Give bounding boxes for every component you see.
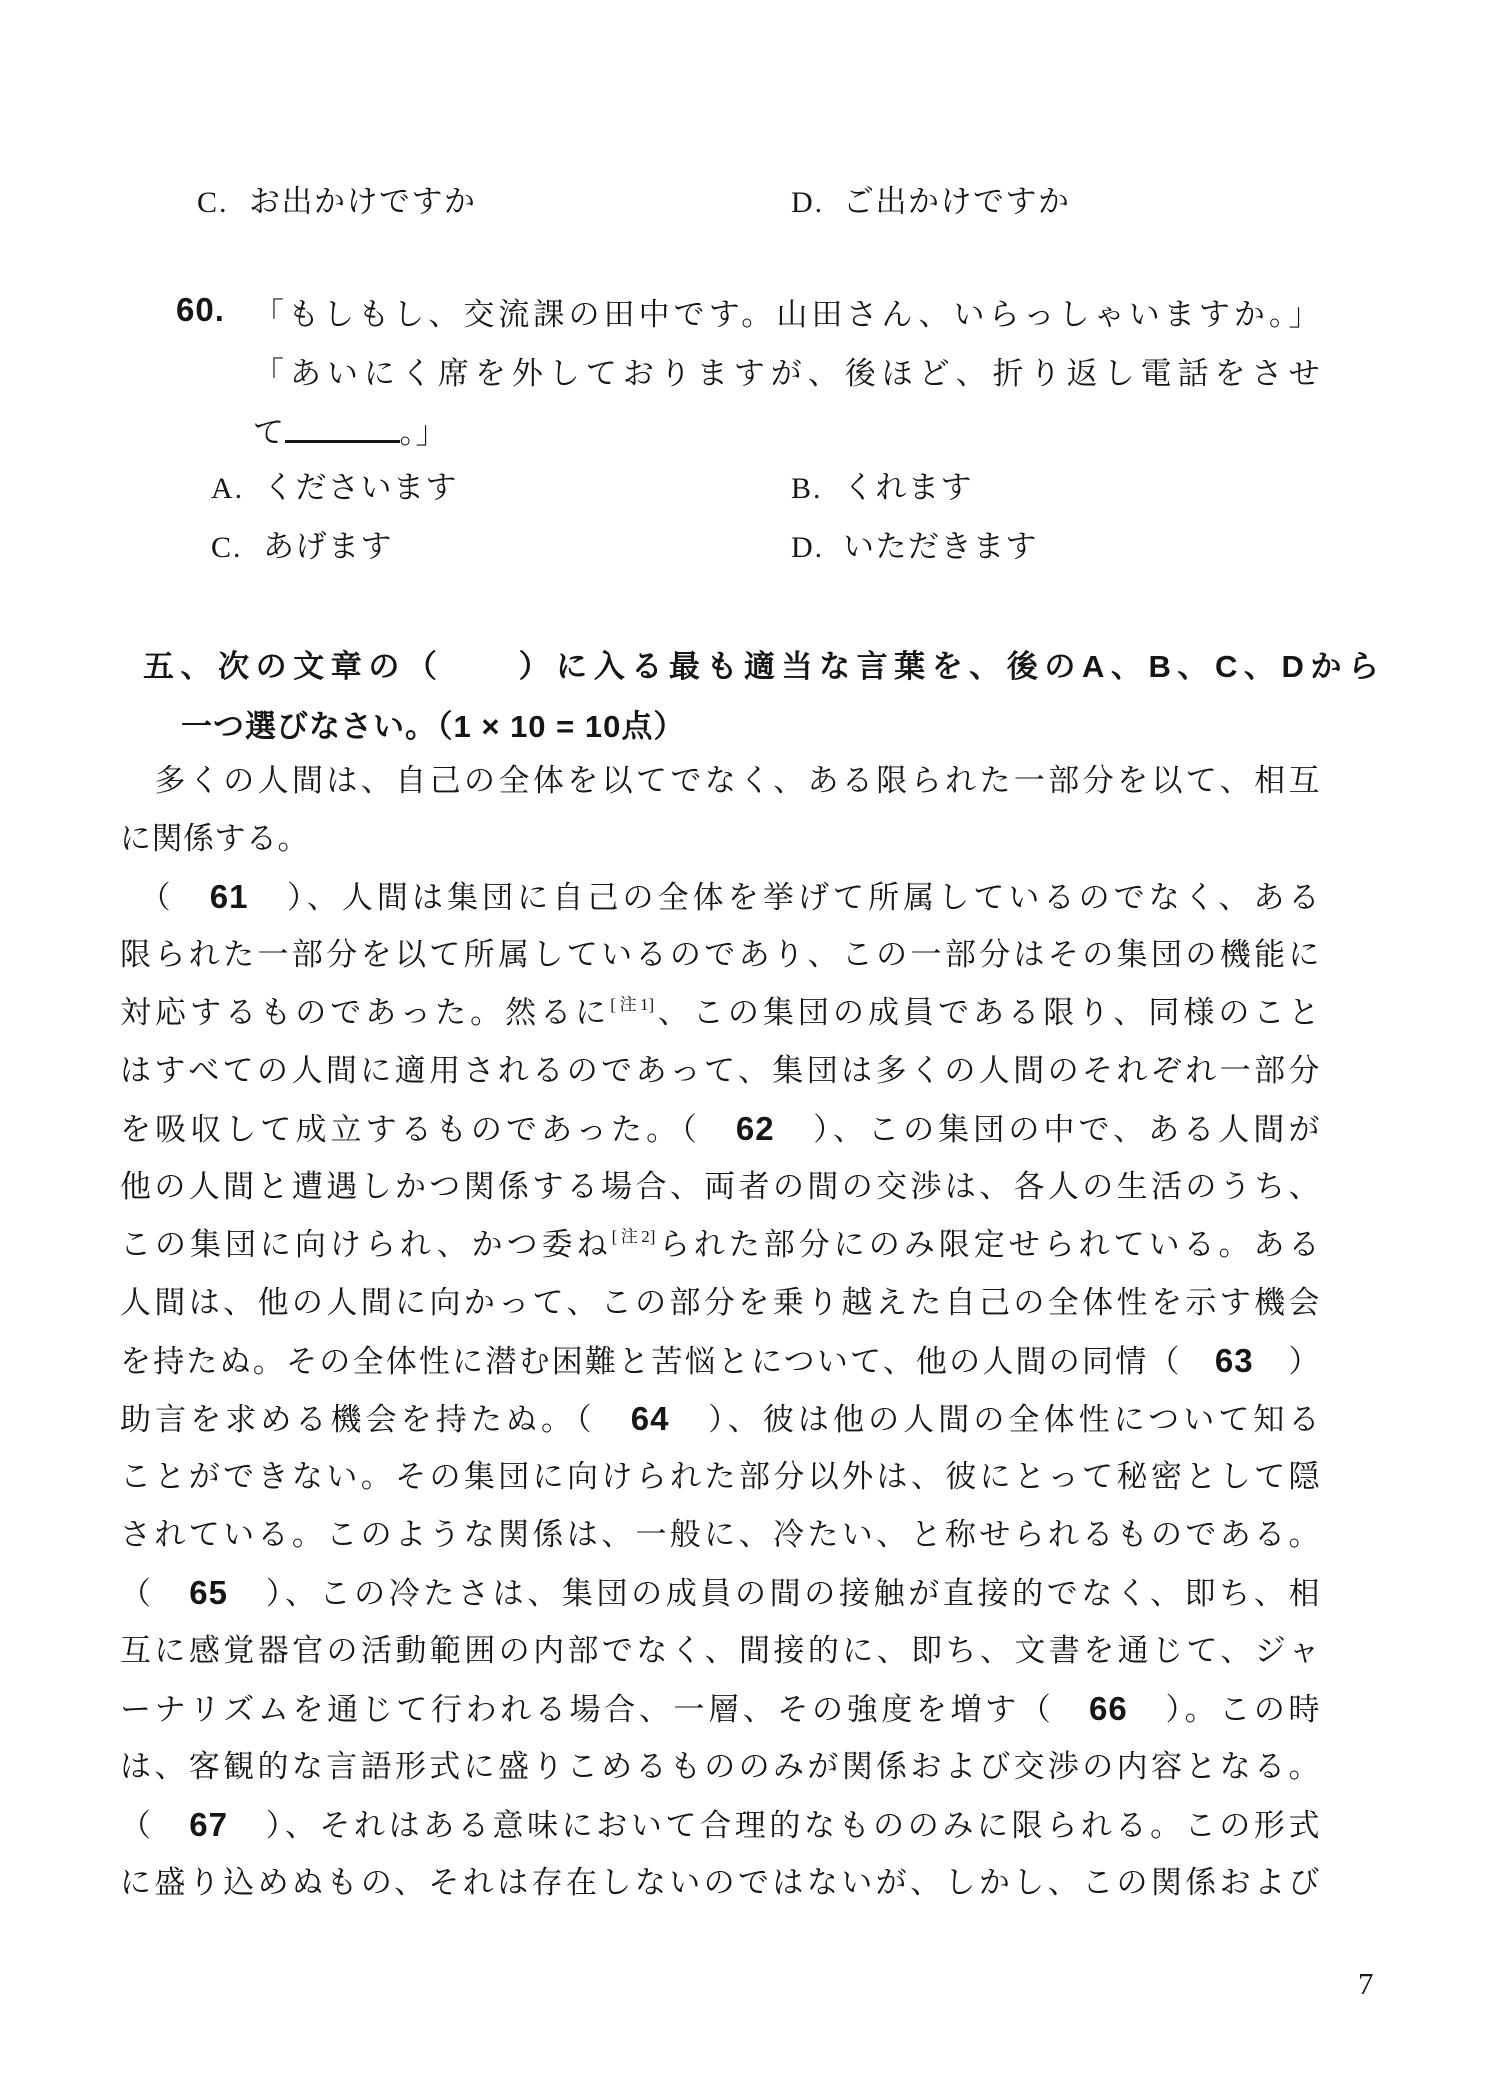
blank-number: 65	[189, 1574, 228, 1611]
option-item-b: B.くれます	[791, 462, 973, 507]
passage-line: に関係する。	[120, 810, 1320, 868]
passage-line: に盛り込めぬもの、それは存在しないのではないが、しかし、この関係および	[120, 1854, 1320, 1912]
option-text: ご出かけですか	[843, 184, 1071, 219]
option-letter: C.	[197, 186, 249, 220]
passage-text: ）、この集団の中で、ある人間が	[775, 1112, 1320, 1147]
passage-text: 互に感覚器官の活動範囲の内部でなく、間接的に、即ち、文書を通じて、ジャ	[120, 1633, 1320, 1668]
option-letter: A.	[211, 472, 263, 506]
passage-line: 限られた一部分を以て所属しているのであり、この一部分はその集団の機能に	[120, 926, 1320, 984]
passage-text: に盛り込めぬもの、それは存在しないのではないが、しかし、この関係および	[120, 1865, 1320, 1900]
passage-text: ）。この時	[1128, 1692, 1320, 1727]
passage-line: を持たぬ。その全体性に潜む困難と苦悩とについて、他の人間の同情（ 63 ）	[120, 1332, 1320, 1390]
passage-text: ）、彼は他の人間の全体性について知る	[670, 1402, 1321, 1437]
passage-text: ーナリズムを通じて行われる場合、一層、その強度を増す（	[120, 1692, 1089, 1727]
passage-line: 助言を求める機会を持たぬ。（ 64 ）、彼は他の人間の全体性について知る	[120, 1390, 1320, 1448]
section-heading-line2: 一つ選びなさい。（1 × 10 = 10点）	[181, 701, 685, 746]
option-letter: C.	[211, 531, 263, 565]
passage-line: 多くの人間は、自己の全体を以てでなく、ある限られた一部分を以て、相互	[120, 752, 1320, 810]
question-line-text: 。」	[400, 415, 448, 450]
question-line: て。」	[253, 407, 447, 452]
option-letter: D.	[791, 531, 843, 565]
passage-line: 対応するものであった。然るに[注1]、この集団の成員である限り、同様のこと	[120, 984, 1320, 1042]
passage-line: は、客観的な言語形式に盛りこめるもののみが関係および交渉の内容となる。	[120, 1738, 1320, 1796]
question-number: 60.	[176, 291, 225, 329]
passage-text: 他の人間と遭遇しかつ関係する場合、両者の間の交渉は、各人の生活のうち、	[120, 1169, 1320, 1204]
option-item-d2: D.いただきます	[791, 521, 1038, 566]
option-text: いただきます	[843, 529, 1038, 564]
blank-number: 62	[736, 1110, 775, 1147]
blank-number: 64	[631, 1400, 670, 1437]
passage-text: （	[120, 1576, 189, 1611]
option-letter: D.	[791, 186, 843, 220]
option-text: あげます	[263, 529, 393, 564]
answer-blank	[285, 440, 400, 443]
blank-number: 66	[1089, 1690, 1128, 1727]
blank-number: 67	[189, 1806, 228, 1843]
option-item-d: D.ご出かけですか	[791, 176, 1071, 221]
passage-line: ーナリズムを通じて行われる場合、一層、その強度を増す（ 66 ）。この時	[120, 1680, 1320, 1738]
passage: 多くの人間は、自己の全体を以てでなく、ある限られた一部分を以て、相互に関係する。…	[120, 752, 1320, 1912]
question-line-text: て	[253, 415, 285, 450]
passage-text: 多くの人間は、自己の全体を以てでなく、ある限られた一部分を以て、相互	[120, 763, 1320, 798]
option-item-c2: C.あげます	[211, 521, 393, 566]
section-heading-line1: 五、次の文章の（ ）に入る最も適当な言葉を、後のA、B、C、Dから	[143, 641, 1380, 686]
passage-text: は、客観的な言語形式に盛りこめるもののみが関係および交渉の内容となる。	[120, 1749, 1320, 1784]
passage-text: を吸収して成立するものであった。（	[120, 1112, 736, 1147]
option-item-c: C.お出かけですか	[197, 176, 477, 221]
passage-text: を持たぬ。その全体性に潜む困難と苦悩とについて、他の人間の同情（	[120, 1344, 1215, 1379]
passage-text: （	[120, 880, 210, 915]
passage-text: に関係する。	[120, 821, 309, 856]
page-number: 7	[1358, 1966, 1374, 2002]
passage-line: （ 61 ）、人間は集団に自己の全体を挙げて所属しているのでなく、ある	[120, 868, 1320, 926]
passage-line: （ 65 ）、この冷たさは、集団の成員の間の接触が直接的でなく、即ち、相	[120, 1564, 1320, 1622]
option-letter: B.	[791, 472, 843, 506]
blank-number: 61	[210, 878, 249, 915]
passage-text: 人間は、他の人間に向かって、この部分を乗り越えた自己の全体性を示す機会	[120, 1285, 1320, 1320]
passage-text: はすべての人間に適用されるのであって、集団は多くの人間のそれぞれ一部分	[120, 1053, 1320, 1088]
passage-text: 対応するものであった。然るに	[120, 995, 610, 1030]
option-item-a: A.くださいます	[211, 462, 458, 507]
passage-text: この集団に向けられ、かつ委ね	[120, 1227, 612, 1262]
passage-line: 互に感覚器官の活動範囲の内部でなく、間接的に、即ち、文書を通じて、ジャ	[120, 1622, 1320, 1680]
note-ref: [注1]	[610, 995, 654, 1014]
question-line: 「もしもし、交流課の田中です。山田さん、いらっしゃいますか。」	[253, 289, 1320, 334]
passage-line: ことができない。その集団に向けられた部分以外は、彼にとって秘密として隠	[120, 1448, 1320, 1506]
option-text: くれます	[843, 470, 973, 505]
passage-text: ）、人間は集団に自己の全体を挙げて所属しているのでなく、ある	[248, 880, 1320, 915]
passage-line: はすべての人間に適用されるのであって、集団は多くの人間のそれぞれ一部分	[120, 1042, 1320, 1100]
exam-page: { "page": { "number": "7" }, "previous_q…	[0, 0, 1499, 2091]
passage-line: されている。このような関係は、一般に、冷たい、と称せられるものである。	[120, 1506, 1320, 1564]
note-ref: [注2]	[612, 1227, 656, 1246]
passage-line: を吸収して成立するものであった。（ 62 ）、この集団の中で、ある人間が	[120, 1100, 1320, 1158]
passage-text: 限られた一部分を以て所属しているのであり、この一部分はその集団の機能に	[120, 937, 1320, 972]
passage-line: この集団に向けられ、かつ委ね[注2]られた部分にのみ限定せられている。ある	[120, 1216, 1320, 1274]
passage-text: 助言を求める機会を持たぬ。（	[120, 1402, 631, 1437]
passage-text: されている。このような関係は、一般に、冷たい、と称せられるものである。	[120, 1517, 1320, 1552]
passage-text: ）、この冷たさは、集団の成員の間の接触が直接的でなく、即ち、相	[228, 1576, 1320, 1611]
passage-text: ）、それはある意味において合理的なもののみに限られる。この形式	[228, 1808, 1320, 1843]
passage-text: ）	[1254, 1344, 1320, 1379]
question-line: 「あいにく席を外しておりますが、後ほど、折り返し電話をさせ	[253, 348, 1320, 393]
option-text: お出かけですか	[249, 184, 477, 219]
passage-line: （ 67 ）、それはある意味において合理的なもののみに限られる。この形式	[120, 1796, 1320, 1854]
passage-text: 、この集団の成員である限り、同様のこと	[654, 995, 1320, 1030]
passage-line: 人間は、他の人間に向かって、この部分を乗り越えた自己の全体性を示す機会	[120, 1274, 1320, 1332]
passage-line: 他の人間と遭遇しかつ関係する場合、両者の間の交渉は、各人の生活のうち、	[120, 1158, 1320, 1216]
option-text: くださいます	[263, 470, 458, 505]
passage-text: （	[120, 1808, 189, 1843]
passage-text: られた部分にのみ限定せられている。ある	[655, 1227, 1320, 1262]
passage-text: ことができない。その集団に向けられた部分以外は、彼にとって秘密として隠	[120, 1459, 1320, 1494]
blank-number: 63	[1215, 1342, 1254, 1379]
